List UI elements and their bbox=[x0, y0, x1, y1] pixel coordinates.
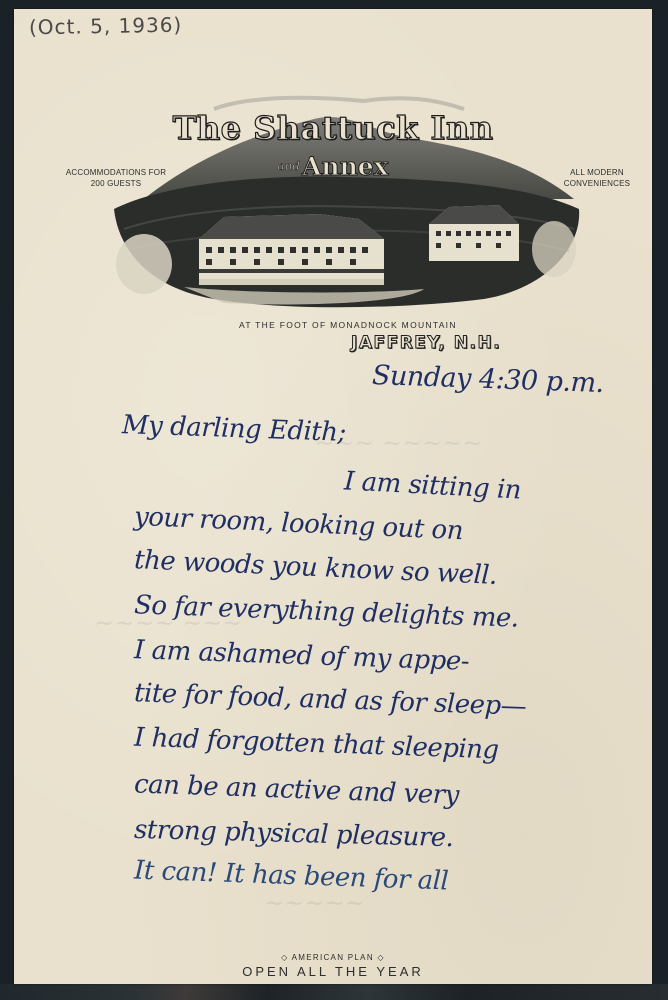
conveniences-line-1: ALL MODERN bbox=[547, 167, 647, 178]
annex-building bbox=[429, 205, 519, 261]
letterhead-location: JAFFREY, N.H. bbox=[351, 333, 501, 353]
subtitle-and: and bbox=[277, 159, 300, 173]
accommodations-line-1: ACCOMMODATIONS FOR bbox=[61, 167, 171, 178]
conveniences-note: ALL MODERN CONVENIENCES bbox=[547, 167, 647, 189]
letter-dateline: Sunday 4:30 p.m. bbox=[372, 360, 605, 399]
accommodations-note: ACCOMMODATIONS FOR 200 GUESTS bbox=[61, 167, 171, 189]
letter-line: It can! It has been for all bbox=[134, 856, 449, 897]
footer-american-plan: ◇ AMERICAN PLAN ◇ bbox=[14, 953, 652, 962]
footer-open-all-year: OPEN ALL THE YEAR bbox=[14, 964, 652, 979]
letter-sheet: (Oct. 5, 1936) ~~~ ~~~~~ ~~~~ ~~~ ~~~~~ bbox=[14, 9, 652, 984]
letterhead-tagline: AT THE FOOT OF MONADNOCK MOUNTAIN bbox=[239, 320, 457, 330]
archival-date-annotation: (Oct. 5, 1936) bbox=[29, 13, 183, 40]
bleed-through-text: ~~~~~ bbox=[264, 889, 365, 917]
letter-line: I am sitting in bbox=[343, 466, 521, 505]
letter-salutation: My darling Edith; bbox=[122, 410, 347, 448]
letter-line: the woods you know so well. bbox=[134, 545, 498, 591]
letter-line: strong physical pleasure. bbox=[134, 815, 454, 853]
main-inn-building bbox=[199, 214, 384, 285]
letter-line: can be an active and very bbox=[134, 769, 460, 810]
conveniences-line-2: CONVENIENCES bbox=[547, 178, 647, 189]
letter-line: tite for food, and as for sleep— bbox=[134, 678, 527, 722]
inn-name: The Shattuck Inn bbox=[14, 109, 652, 147]
letter-line: I had forgotten that sleeping bbox=[134, 723, 499, 766]
subtitle-annex: Annex bbox=[302, 152, 389, 181]
accommodations-line-2: 200 GUESTS bbox=[61, 178, 171, 189]
scan-background-strip bbox=[0, 984, 668, 1000]
letter-line: your room, looking out on bbox=[134, 502, 464, 546]
letter-line: I am ashamed of my appe- bbox=[134, 635, 470, 677]
